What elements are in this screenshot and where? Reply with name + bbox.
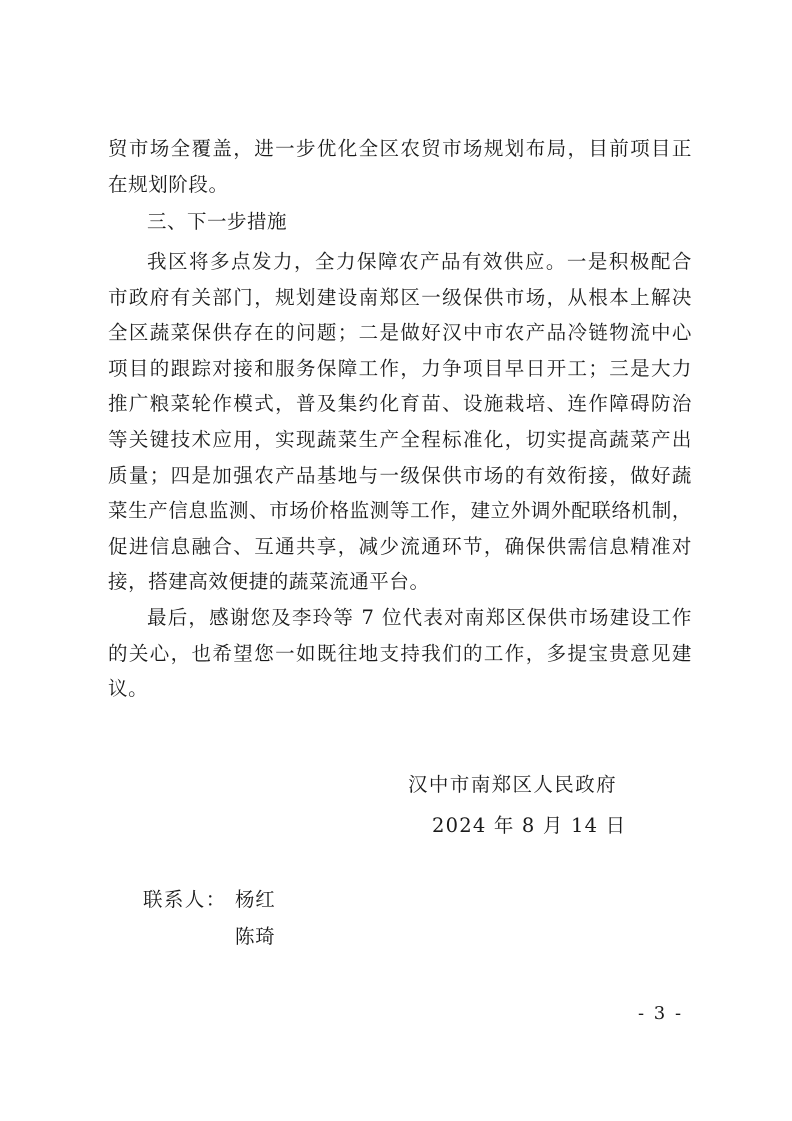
contacts-label: 联系人： (143, 884, 227, 912)
text-line: 全区蔬菜保供存在的问题；二是做好汉中市农产品冷链物流中心 (108, 315, 692, 351)
text-line: 接，搭建高效便捷的蔬菜流通平台。 (108, 564, 692, 600)
text-line: 贸市场全覆盖，进一步优化全区农贸市场规划布局，目前项目正 (108, 131, 692, 167)
text-line: 市政府有关部门，规划建设南郑区一级保供市场，从根本上解决 (108, 280, 692, 316)
text-line: 推广粮菜轮作模式，普及集约化育苗、设施栽培、连作障碍防治 (108, 386, 692, 422)
text-line: 我区将多点发力，全力保障农产品有效供应。一是积极配合 (108, 244, 692, 280)
continuation-paragraph: 贸市场全覆盖，进一步优化全区农贸市场规划布局，目前项目正 在规划阶段。 (108, 131, 692, 202)
text-line: 在规划阶段。 (108, 167, 692, 203)
page-number: - 3 - (638, 1003, 683, 1024)
section-heading: 三、下一步措施 (147, 206, 287, 234)
document-page: 贸市场全覆盖，进一步优化全区农贸市场规划布局，目前项目正 在规划阶段。 三、下一… (0, 0, 792, 1121)
text-line: 等关键技术应用，实现蔬菜生产全程标准化，切实提高蔬菜产出 (108, 422, 692, 458)
contact-name: 陈琦 (235, 921, 276, 949)
signature-date: 2024 年 8 月 14 日 (432, 810, 626, 838)
text-line: 最后，感谢您及李玲等 7 位代表对南郑区保供市场建设工作 (108, 600, 692, 636)
text-line: 项目的跟踪对接和服务保障工作，力争项目早日开工；三是大力 (108, 351, 692, 387)
contact-name: 杨红 (235, 884, 276, 912)
text-line: 质量；四是加强农产品基地与一级保供市场的有效衔接，做好蔬 (108, 458, 692, 494)
text-line: 的关心，也希望您一如既往地支持我们的工作，多提宝贵意见建 (108, 636, 692, 672)
text-line: 菜生产信息监测、市场价格监测等工作，建立外调外配联络机制， (108, 493, 692, 529)
text-line: 促进信息融合、互通共享，减少流通环节，确保供需信息精准对 (108, 529, 692, 565)
text-line: 议。 (108, 671, 692, 707)
closing-paragraph: 最后，感谢您及李玲等 7 位代表对南郑区保供市场建设工作 的关心，也希望您一如既… (108, 600, 692, 707)
measures-paragraph: 我区将多点发力，全力保障农产品有效供应。一是积极配合 市政府有关部门，规划建设南… (108, 244, 692, 600)
signature-organization: 汉中市南郑区人民政府 (408, 769, 617, 797)
